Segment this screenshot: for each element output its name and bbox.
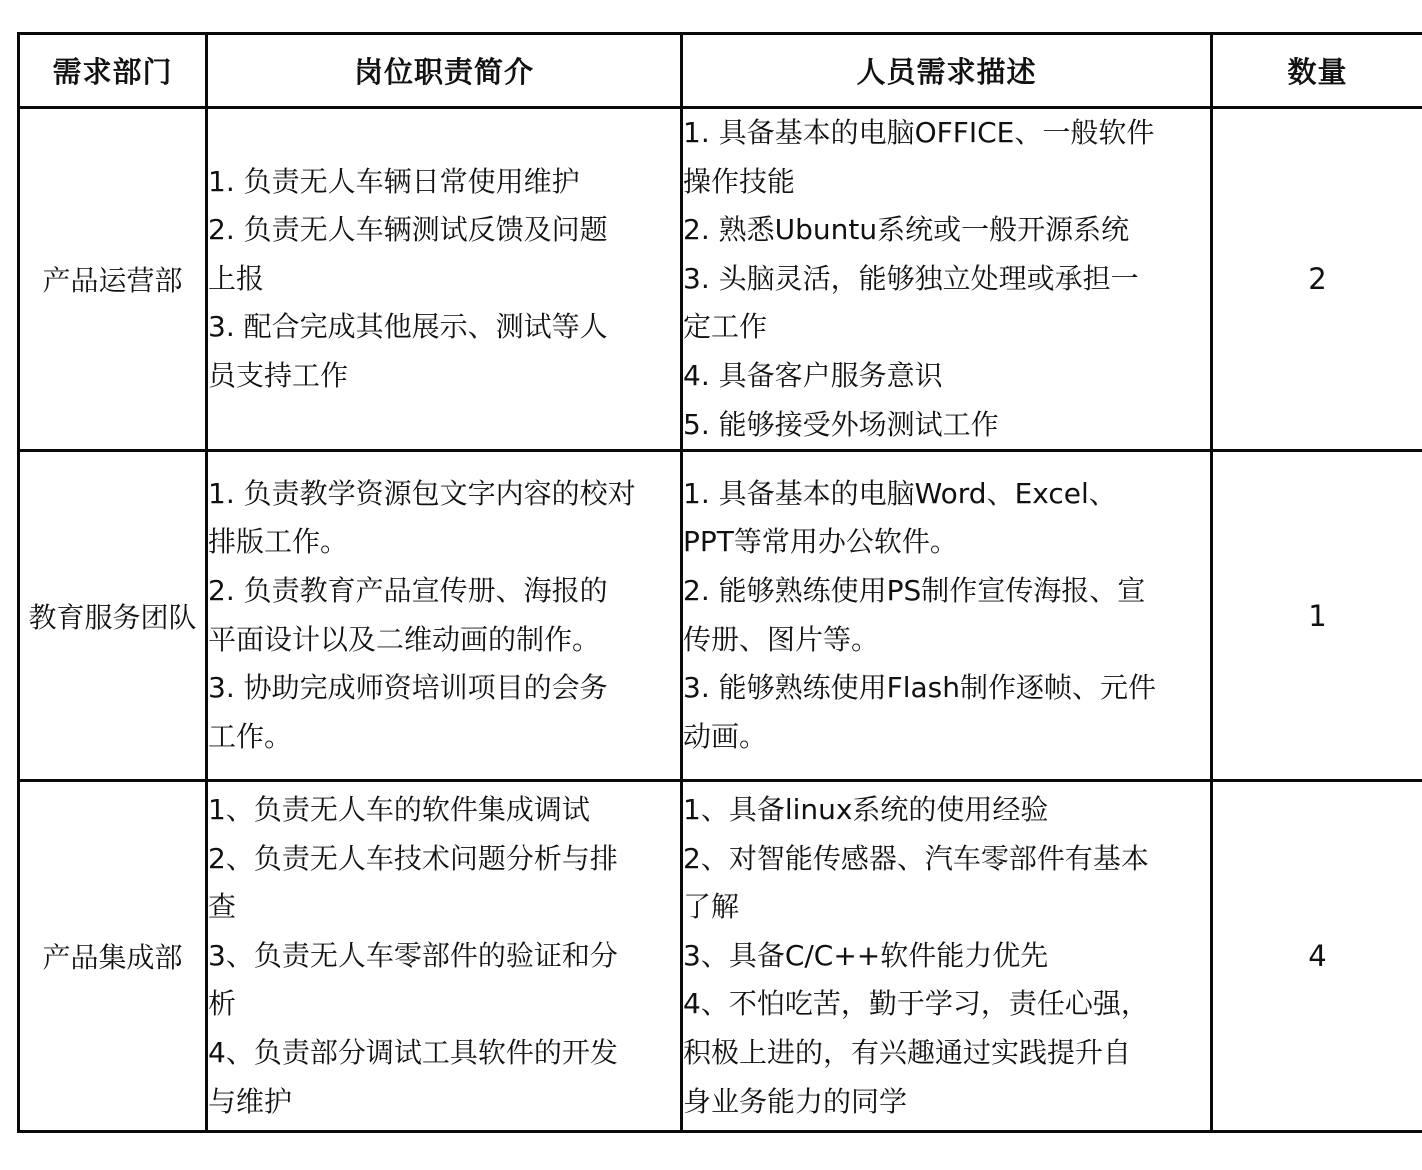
requirement-line: 4. 具备客户服务意识 xyxy=(683,352,1210,401)
duty-line: 3. 配合完成其他展示、测试等人 xyxy=(208,303,680,352)
duties-cell: 1. 负责教学资源包文字内容的校对 排版工作。 2. 负责教育产品宣传册、海报的… xyxy=(207,451,682,781)
duty-line: 排版工作。 xyxy=(208,518,680,567)
department-cell: 产品集成部 xyxy=(19,781,207,1132)
header-quantity: 数量 xyxy=(1212,34,1422,108)
duties-cell: 1、负责无人车的软件集成调试 2、负责无人车技术问题分析与排 查 3、负责无人车… xyxy=(207,781,682,1132)
duty-line: 1、负责无人车的软件集成调试 xyxy=(208,786,680,835)
requirement-line: 1. 具备基本的电脑Word、Excel、 xyxy=(683,470,1210,519)
requirement-line: 1、具备linux系统的使用经验 xyxy=(683,786,1210,835)
table-row: 教育服务团队 1. 负责教学资源包文字内容的校对 排版工作。 2. 负责教育产品… xyxy=(19,451,1422,781)
duty-line: 上报 xyxy=(208,255,680,304)
duties-cell: 1. 负责无人车辆日常使用维护 2. 负责无人车辆测试反馈及问题 上报 3. 配… xyxy=(207,108,682,451)
requirement-line: 3. 能够熟练使用Flash制作逐帧、元件 xyxy=(683,664,1210,713)
department-cell: 教育服务团队 xyxy=(19,451,207,781)
duty-line: 查 xyxy=(208,883,680,932)
requirement-line: 5. 能够接受外场测试工作 xyxy=(683,401,1210,450)
requirement-line: 定工作 xyxy=(683,303,1210,352)
requirement-line: 2. 熟悉Ubuntu系统或一般开源系统 xyxy=(683,206,1210,255)
duty-line: 3. 协助完成师资培训项目的会务 xyxy=(208,664,680,713)
duty-line: 工作。 xyxy=(208,713,680,762)
recruitment-table: 需求部门 岗位职责简介 人员需求描述 数量 产品运营部 1. 负责无人车辆日常使… xyxy=(17,32,1422,1133)
requirement-line: PPT等常用办公软件。 xyxy=(683,518,1210,567)
header-requirements: 人员需求描述 xyxy=(682,34,1212,108)
duty-line: 1. 负责无人车辆日常使用维护 xyxy=(208,158,680,207)
duty-line: 3、负责无人车零部件的验证和分 xyxy=(208,932,680,981)
requirement-line: 了解 xyxy=(683,883,1210,932)
requirement-line: 动画。 xyxy=(683,713,1210,762)
duty-line: 平面设计以及二维动画的制作。 xyxy=(208,616,680,665)
requirement-line: 积极上进的，有兴趣通过实践提升自 xyxy=(683,1029,1210,1078)
requirement-line: 3、具备C/C++软件能力优先 xyxy=(683,932,1210,981)
table-row: 产品运营部 1. 负责无人车辆日常使用维护 2. 负责无人车辆测试反馈及问题 上… xyxy=(19,108,1422,451)
header-duties: 岗位职责简介 xyxy=(207,34,682,108)
duty-line: 1. 负责教学资源包文字内容的校对 xyxy=(208,470,680,519)
requirement-line: 3. 头脑灵活，能够独立处理或承担一 xyxy=(683,255,1210,304)
requirement-line: 2. 能够熟练使用PS制作宣传海报、宣 xyxy=(683,567,1210,616)
duty-line: 员支持工作 xyxy=(208,352,680,401)
duty-line: 析 xyxy=(208,980,680,1029)
requirement-line: 2、对智能传感器、汽车零部件有基本 xyxy=(683,835,1210,884)
quantity-cell: 1 xyxy=(1212,451,1422,781)
requirement-line: 1. 具备基本的电脑OFFICE、一般软件 xyxy=(683,109,1210,158)
header-department: 需求部门 xyxy=(19,34,207,108)
duty-line: 与维护 xyxy=(208,1078,680,1127)
duty-line: 2. 负责无人车辆测试反馈及问题 xyxy=(208,206,680,255)
requirement-line: 传册、图片等。 xyxy=(683,616,1210,665)
requirements-cell: 1. 具备基本的电脑Word、Excel、 PPT等常用办公软件。 2. 能够熟… xyxy=(682,451,1212,781)
duty-line: 2、负责无人车技术问题分析与排 xyxy=(208,835,680,884)
duty-line: 2. 负责教育产品宣传册、海报的 xyxy=(208,567,680,616)
requirement-line: 操作技能 xyxy=(683,158,1210,207)
requirements-cell: 1、具备linux系统的使用经验 2、对智能传感器、汽车零部件有基本 了解 3、… xyxy=(682,781,1212,1132)
quantity-cell: 2 xyxy=(1212,108,1422,451)
department-cell: 产品运营部 xyxy=(19,108,207,451)
duty-line: 4、负责部分调试工具软件的开发 xyxy=(208,1029,680,1078)
table-row: 产品集成部 1、负责无人车的软件集成调试 2、负责无人车技术问题分析与排 查 3… xyxy=(19,781,1422,1132)
requirement-line: 身业务能力的同学 xyxy=(683,1078,1210,1127)
requirements-cell: 1. 具备基本的电脑OFFICE、一般软件 操作技能 2. 熟悉Ubuntu系统… xyxy=(682,108,1212,451)
header-row: 需求部门 岗位职责简介 人员需求描述 数量 xyxy=(19,34,1422,108)
quantity-cell: 4 xyxy=(1212,781,1422,1132)
requirement-line: 4、不怕吃苦，勤于学习，责任心强， xyxy=(683,980,1210,1029)
